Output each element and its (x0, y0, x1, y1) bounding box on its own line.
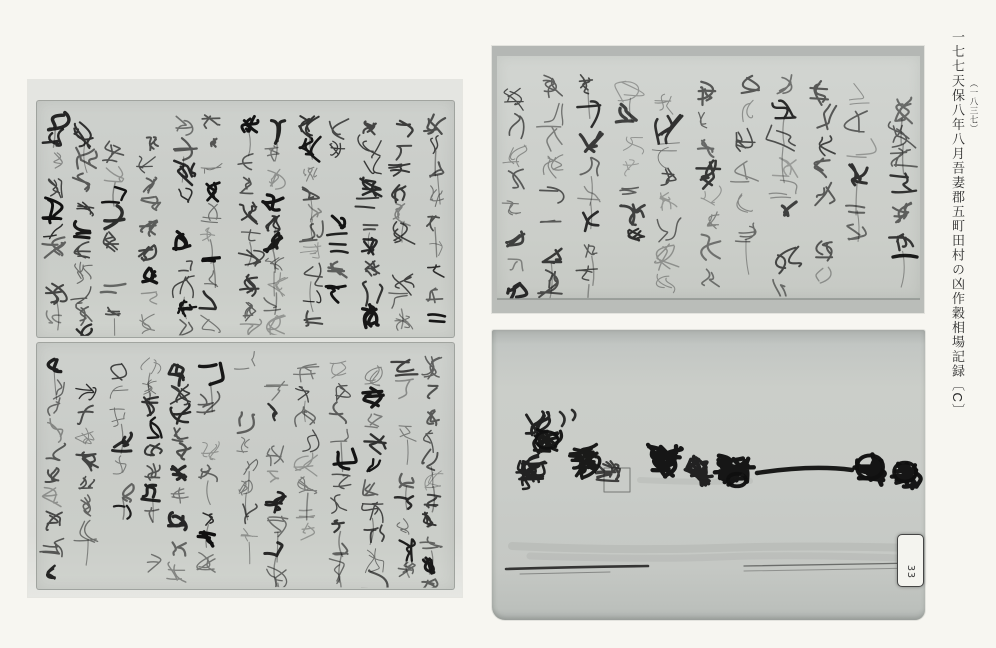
entry-suffix: 〔C〕 (950, 378, 965, 418)
caption-column: 一七七 天保八年八月 吾妻郡五町田村の凶作穀相場記録 〔C〕 (950, 30, 965, 418)
entry-year-annotation: （一八三七） (969, 79, 979, 133)
book-page-scan: 33 一七七 天保八年八月 吾妻郡五町田村の凶作穀相場記録 〔C〕 （一八三七） (0, 0, 996, 648)
entry-title: 吾妻郡五町田村の凶作穀相場記録 (950, 161, 965, 379)
entry-number: 一七七 (950, 30, 965, 74)
entry-date: 天保八年八月 (950, 74, 965, 161)
archive-number-text: 33 (905, 565, 915, 579)
archive-number-label: 33 (897, 534, 924, 587)
handwriting-ink-overlay (0, 0, 996, 648)
